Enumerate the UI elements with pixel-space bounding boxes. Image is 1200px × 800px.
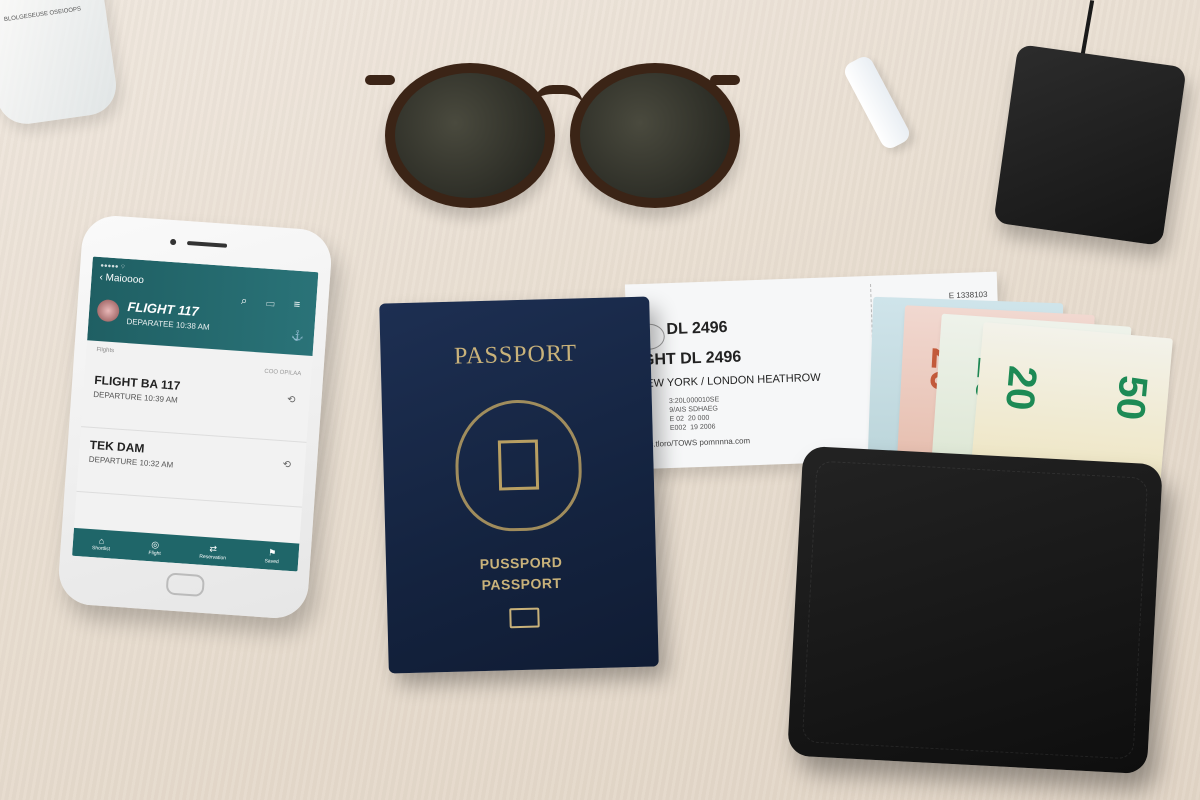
status-bar: ●●●●● ⌔ — [100, 261, 126, 271]
flight-number: IGHT DL 2496 — [637, 349, 741, 371]
airline-url: doc.tloro/TOWS pomnnna.com — [640, 436, 750, 449]
anchor-icon[interactable]: ⚓ — [291, 331, 304, 343]
tab-label: Shortlist — [92, 545, 110, 552]
passport-title: PASSPORT — [380, 339, 651, 373]
front-camera — [170, 239, 176, 245]
tab-label: Flight — [148, 550, 161, 557]
sunglasses-temple-left — [365, 75, 395, 85]
flight-header-title: FLIGHT 117 — [127, 299, 199, 319]
smartphone: ●●●●● ⌔ ‹ Maioooo ⌕ ▭ ≡ FLIGHT 117 DEPAR… — [57, 214, 334, 620]
sanitizer-bottle: BLOLGESEUSE OSEIOOPS — [0, 0, 120, 128]
shield-icon — [498, 439, 539, 490]
tab-shortlist[interactable]: ⌂Shortlist — [92, 535, 111, 552]
passport-line-2: PASSPORT — [386, 572, 656, 595]
flight-header-subtitle: DEPARATEE 10:38 AM — [126, 317, 210, 332]
sunglasses-temple-right — [710, 75, 740, 85]
tab-saved[interactable]: ⚑Saved — [264, 547, 279, 565]
back-button[interactable]: ‹ Maioooo — [99, 272, 144, 286]
passport: PASSPORT PUSSPORD PASSPORT — [379, 297, 659, 674]
biometric-chip-icon — [509, 608, 540, 629]
refresh-icon[interactable]: ⟲ — [287, 394, 296, 406]
avatar — [96, 299, 119, 322]
denomination: 20 — [996, 364, 1045, 412]
flight-code: DL 2496 — [666, 319, 728, 339]
back-label: Maioooo — [105, 272, 144, 286]
home-button[interactable] — [166, 572, 205, 597]
power-bank — [993, 44, 1186, 246]
sunglasses-bridge — [533, 85, 583, 108]
refresh-icon[interactable]: ⟲ — [282, 459, 291, 471]
earpiece-speaker — [187, 241, 227, 248]
flight-icon: ◎ — [149, 539, 162, 551]
denomination-secondary: 50 — [1106, 374, 1155, 422]
wallet-stitching — [802, 461, 1148, 760]
bottle-label: BLOLGESEUSE OSEIOOPS — [4, 4, 94, 24]
flight-details: 3:20L000010SE 9/AIS SDHAEG E 02 20 000 E… — [669, 395, 720, 433]
tab-label: Reservation — [199, 553, 226, 561]
app-header: ●●●●● ⌔ ‹ Maioooo ⌕ ▭ ≡ FLIGHT 117 DEPAR… — [87, 256, 318, 356]
sunglasses-lens-left — [385, 63, 555, 208]
header-icons[interactable]: ⌕ ▭ ≡ — [241, 295, 309, 313]
flight-route: NEW YORK / LONDON HEATHROW — [638, 372, 821, 390]
tab-label: Saved — [264, 558, 279, 565]
phone-screen: ●●●●● ⌔ ‹ Maioooo ⌕ ▭ ≡ FLIGHT 117 DEPAR… — [72, 256, 318, 571]
bottom-tab-bar: ⌂Shortlist ◎Flight ⇄Reservation ⚑Saved — [72, 528, 299, 572]
sunglasses — [365, 55, 740, 200]
passport-line-1: PUSSPORD — [386, 551, 656, 574]
tab-reservation[interactable]: ⇄Reservation — [199, 542, 227, 561]
tab-flight[interactable]: ◎Flight — [148, 539, 161, 557]
wallet — [787, 446, 1163, 774]
